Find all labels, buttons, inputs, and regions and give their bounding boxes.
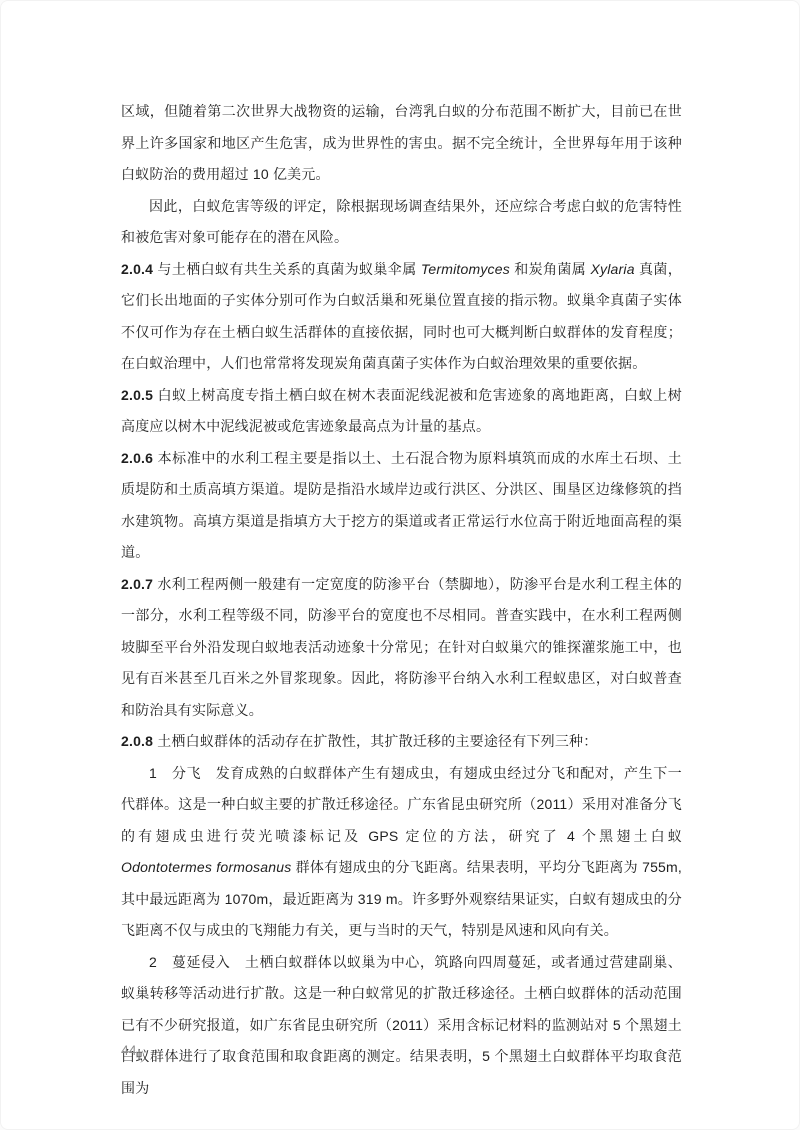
section-2-0-7: 2.0.7 水利工程两侧一般建有一定宽度的防渗平台（禁脚地），防渗平台是水利工程… xyxy=(121,569,682,727)
text-segment: 与土栖白蚁有共生关系的真菌为蚁巢伞属 xyxy=(153,261,421,277)
text-segment: 本标准中的水利工程主要是指以土、土石混合物为原料填筑而成的水库土石坝、土质堤防和… xyxy=(121,450,682,561)
species-name: Odontotermes formosanus xyxy=(121,859,291,875)
section-number: 2.0.5 xyxy=(121,387,153,403)
document-page: 区域，但随着第二次世界大战物资的运输，台湾乳白蚁的分布范围不断扩大，目前已在世界… xyxy=(0,0,800,1130)
text-segment: 水利工程两侧一般建有一定宽度的防渗平台（禁脚地），防渗平台是水利工程主体的一部分… xyxy=(121,576,682,718)
section-2-0-6: 2.0.6 本标准中的水利工程主要是指以土、土石混合物为原料填筑而成的水库土石坝… xyxy=(121,443,682,569)
document-body: 区域，但随着第二次世界大战物资的运输，台湾乳白蚁的分布范围不断扩大，目前已在世界… xyxy=(121,96,682,1104)
text-segment: 土栖白蚁群体的活动存在扩散性，其扩散迁移的主要途径有下列三种： xyxy=(153,733,597,749)
list-item-2-spreading-invasion: 2 蔓延侵入 土栖白蚁群体以蚁巢为中心，筑路向四周蔓延，或者通过营建副巢、蚁巢转… xyxy=(121,947,682,1105)
text-segment: 真菌，它们长出地面的子实体分别可作为白蚁活巢和死巢位置直接的指示物。蚁巢伞真菌子… xyxy=(121,261,682,372)
text-segment: 白蚁上树高度专指土栖白蚁在树木表面泥线泥被和危害迹象的离地距离，白蚁上树高度应以… xyxy=(121,387,682,435)
text-segment: 2 蔓延侵入 土栖白蚁群体以蚁巢为中心，筑路向四周蔓延，或者通过营建副巢、蚁巢转… xyxy=(121,954,682,1096)
page-number: 44 xyxy=(121,1039,137,1061)
section-2-0-4: 2.0.4 与土栖白蚁有共生关系的真菌为蚁巢伞属 Termitomyces 和炭… xyxy=(121,254,682,380)
section-number: 2.0.4 xyxy=(121,261,153,277)
section-number: 2.0.6 xyxy=(121,450,153,466)
text-segment: 1 分飞 发育成熟的白蚁群体产生有翅成虫，有翅成虫经过分飞和配对，产生下一代群体… xyxy=(121,765,682,844)
section-2-0-8: 2.0.8 土栖白蚁群体的活动存在扩散性，其扩散迁移的主要途径有下列三种： xyxy=(121,726,682,758)
text-segment: 因此，白蚁危害等级的评定，除根据现场调查结果外，还应综合考虑白蚁的危害特性和被危… xyxy=(121,198,682,246)
section-number: 2.0.8 xyxy=(121,733,153,749)
text-segment: 和炭角菌属 xyxy=(510,261,591,277)
section-number: 2.0.7 xyxy=(121,576,153,592)
species-name: Termitomyces xyxy=(421,261,510,277)
text-segment: 区域，但随着第二次世界大战物资的运输，台湾乳白蚁的分布范围不断扩大，目前已在世界… xyxy=(121,103,682,182)
para-hazard-rating: 因此，白蚁危害等级的评定，除根据现场调查结果外，还应综合考虑白蚁的危害特性和被危… xyxy=(121,191,682,254)
para-intro-continuation: 区域，但随着第二次世界大战物资的运输，台湾乳白蚁的分布范围不断扩大，目前已在世界… xyxy=(121,96,682,191)
section-2-0-5: 2.0.5 白蚁上树高度专指土栖白蚁在树木表面泥线泥被和危害迹象的离地距离，白蚁… xyxy=(121,380,682,443)
list-item-1-dispersal-flight: 1 分飞 发育成熟的白蚁群体产生有翅成虫，有翅成虫经过分飞和配对，产生下一代群体… xyxy=(121,758,682,947)
species-name: Xylaria xyxy=(591,261,635,277)
